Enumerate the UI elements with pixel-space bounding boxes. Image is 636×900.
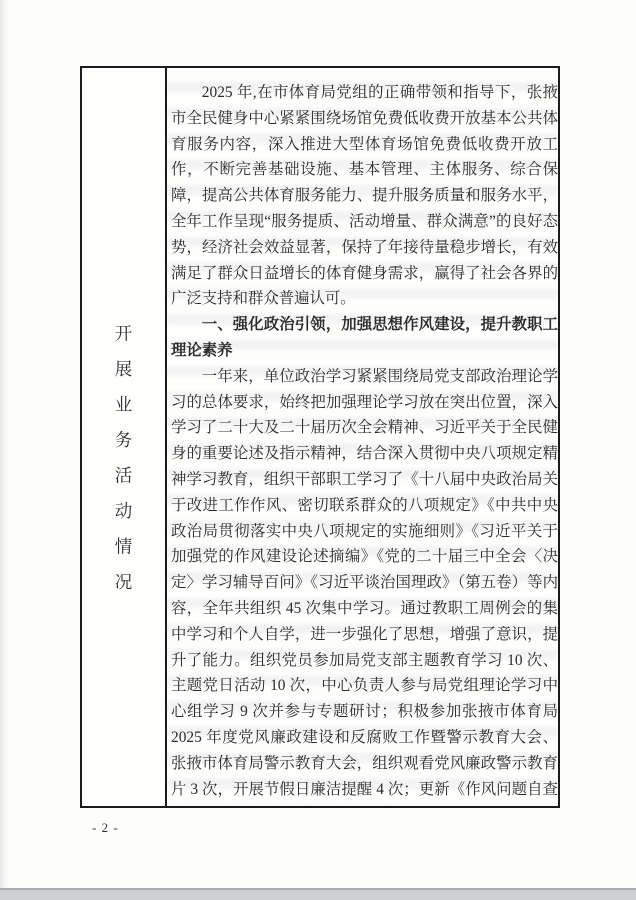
- section-heading: 一、强化政治引领，加强思想作风建设，提升教职工理论素养: [171, 312, 558, 364]
- row-header-label: 开展业务活动情况: [111, 324, 136, 608]
- scan-bottom-edge: [0, 888, 636, 900]
- row-header-cell: 开展业务活动情况: [82, 68, 167, 806]
- section-paragraph: 一年来，单位政治学习紧紧围绕局党支部政治理论学习的总体要求，始终把加强理论学习放…: [171, 364, 558, 806]
- page-number: - 2 -: [92, 820, 119, 836]
- report-table: 开展业务活动情况 2025 年,在市体育局党组的正确带领和指导下，张掖市全民健身…: [80, 66, 560, 808]
- report-body-cell: 2025 年,在市体育局党组的正确带领和指导下，张掖市全民健身中心紧紧围绕场馆免…: [167, 68, 558, 806]
- intro-paragraph: 2025 年,在市体育局党组的正确带领和指导下，张掖市全民健身中心紧紧围绕场馆免…: [171, 80, 558, 312]
- scan-left-edge-shadow: [0, 0, 9, 888]
